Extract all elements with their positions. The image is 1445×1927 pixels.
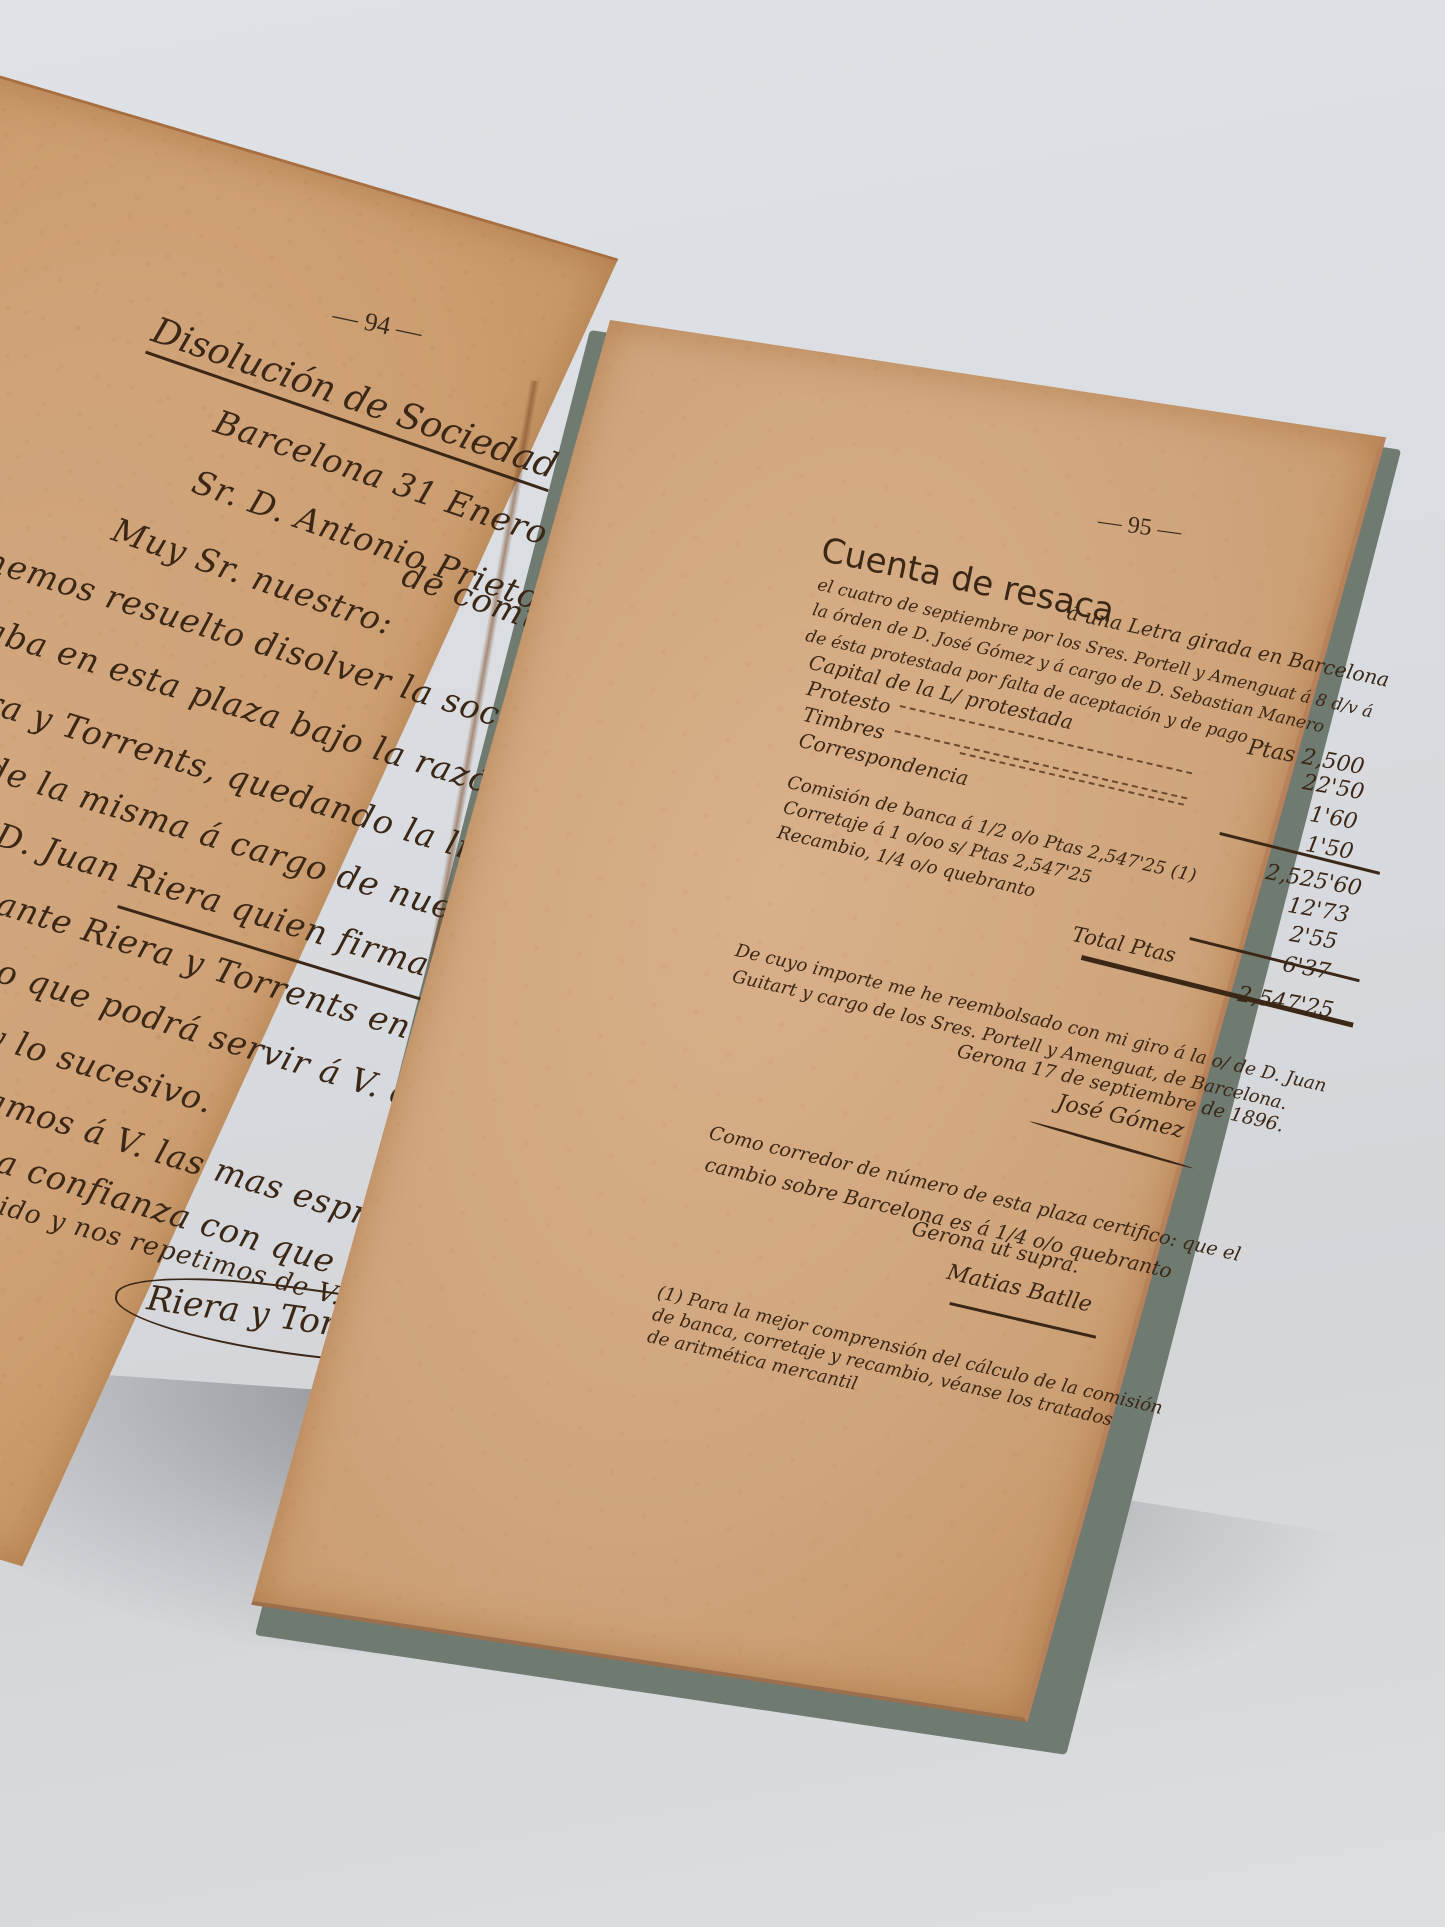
ledger-amount: 2'55	[1288, 922, 1340, 955]
ledger-amount: 1'60	[1308, 802, 1360, 835]
photo-scene: — 94 — Disolución de Sociedad Barcelona …	[0, 0, 1445, 1927]
